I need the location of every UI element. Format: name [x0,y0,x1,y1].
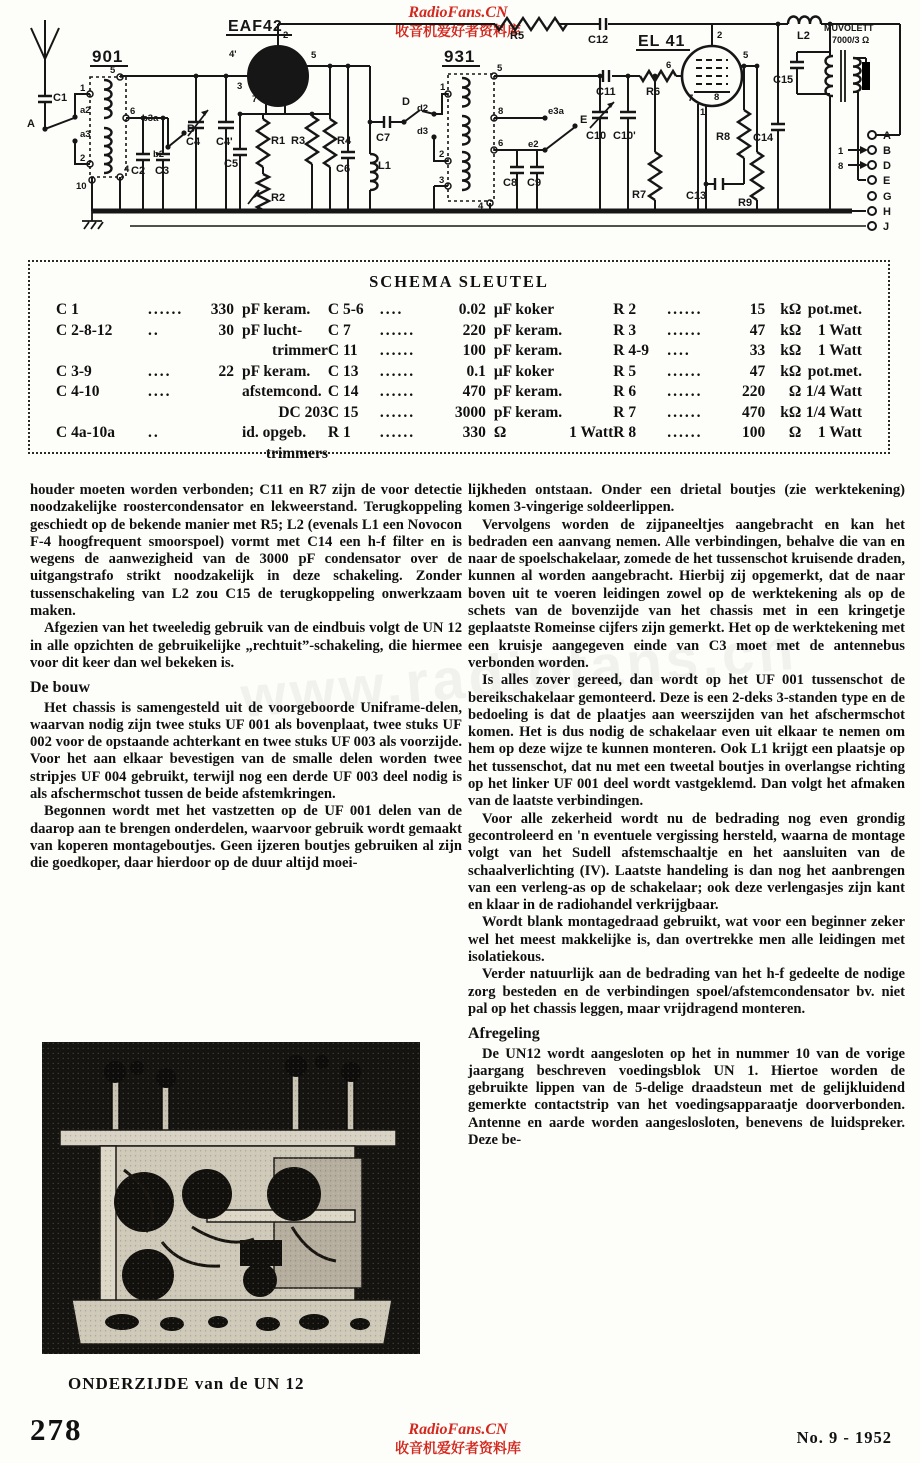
watermark-bottom: RadioFans.CN 收音机爱好者资料库 [378,1421,538,1456]
svg-text:a2: a2 [80,105,91,116]
svg-text:8': 8' [290,90,298,101]
circuit-schematic: 901 EAF42 931 EL 41 MUVOLETT 7000/3 Ω C1… [0,4,920,256]
svg-text:C15: C15 [773,74,793,86]
part-row-continuation: trimmer [56,341,328,362]
svg-text:8: 8 [498,106,503,117]
svg-text:R6: R6 [646,86,660,98]
svg-text:C6: C6 [336,163,350,175]
paragraph: houder moeten worden verbonden; C11 en R… [30,482,462,620]
svg-text:6: 6 [130,106,135,117]
part-row: R 5......47kΩpot.met. [613,362,862,383]
svg-text:6: 6 [498,138,503,149]
paragraph: Afgezien van het tweeledig gebruik van d… [30,620,462,672]
svg-text:D: D [883,160,891,172]
parts-column-3: R 2......15kΩpot.met. R 3......47kΩ1 Wat… [613,300,862,464]
paragraph: De UN12 wordt aangesloten op het in numm… [468,1046,905,1150]
part-row: R 4-9....33kΩ1 Watt [613,341,862,362]
svg-text:R2: R2 [271,192,285,204]
svg-text:3: 3 [237,81,242,92]
svg-text:6: 6 [666,60,671,71]
parts-column-2: C 5-6....0.02μF koker C 7......220pF ker… [328,300,613,464]
part-row: R 2......15kΩpot.met. [613,300,862,321]
svg-text:C10': C10' [613,130,636,142]
part-row: C 4-10....afstemcond. [56,382,328,403]
svg-text:1: 1 [80,83,86,94]
paragraph: Wordt blank montagedraad gebruikt, wat v… [468,914,905,966]
magazine-page: RadioFans.CN 收音机爱好者资料库 [0,0,920,1463]
svg-text:R7: R7 [632,189,646,201]
coilbox-901 [90,77,126,177]
svg-text:B: B [187,123,195,135]
svg-text:1: 1 [838,146,844,157]
label-tube-eaf42: EAF42 [228,18,283,35]
svg-text:H: H [883,206,891,218]
svg-text:R3: R3 [291,135,305,147]
svg-text:2: 2 [717,30,722,41]
photo-caption: ONDERZIJDE van de UN 12 [68,1374,304,1394]
svg-text:1: 1 [440,82,446,93]
svg-text:8: 8 [714,92,719,103]
part-row: C 15......3000pF keram. [328,403,613,424]
svg-text:10: 10 [76,181,87,192]
svg-text:e3a: e3a [548,106,565,117]
coilbox-931 [448,74,494,201]
part-row-continuation: DC 203 [56,403,328,424]
output-terminals [868,131,876,230]
article-right-column: lijkheden ontstaan. Onder een drietal bo… [468,482,905,1149]
speaker-icon [862,46,886,106]
svg-text:5: 5 [311,50,317,61]
watermark-chinese: 收音机爱好者资料库 [378,1441,538,1456]
label-tube-el41: EL 41 [638,33,685,50]
svg-text:2: 2 [283,30,288,41]
section-heading-afregeling: Afregeling [468,1025,905,1042]
part-row: R 1......330Ω1 Watt [328,423,613,444]
svg-text:A: A [27,118,35,130]
svg-text:C10: C10 [586,130,606,142]
part-row: C 5-6....0.02μF koker [328,300,613,321]
svg-text:C5: C5 [224,158,238,170]
svg-text:E: E [883,175,890,187]
svg-text:B: B [883,145,891,157]
label-coilbox-931: 931 [444,47,475,66]
svg-text:J: J [883,221,889,233]
svg-text:E: E [580,114,587,126]
svg-text:C4: C4 [186,136,201,148]
svg-text:C11: C11 [596,86,616,98]
svg-text:4: 4 [478,201,484,212]
paragraph: Voor alle zekerheid wordt nu de bedradin… [468,811,905,915]
part-row: C 11......100pF keram. [328,341,613,362]
svg-text:8: 8 [838,161,843,172]
svg-text:C2: C2 [131,165,145,177]
paragraph: Vervolgens worden de zijpaneeltjes aange… [468,517,905,673]
svg-text:A: A [883,130,891,142]
part-row: C 7......220pF keram. [328,321,613,342]
svg-text:7: 7 [252,94,257,105]
svg-text:b3a: b3a [142,113,159,124]
svg-text:C14: C14 [753,132,774,144]
part-row: C 3-9....22pF keram. [56,362,328,383]
svg-text:d2: d2 [417,103,428,114]
svg-text:7: 7 [688,93,693,104]
parts-column-1: C 1......330pF keram. C 2-8-12..30pF luc… [56,300,328,464]
parts-table-title: SCHEMA SLEUTEL [56,272,862,292]
svg-text:4': 4' [229,49,237,60]
svg-text:3: 3 [439,175,444,186]
part-row: C 13......0.1μF koker [328,362,613,383]
part-row: C 4a-10a..id. opgeb. [56,423,328,444]
component-labels: C1 C2 C3 C4 C4' C5 C6 C7 C8 C9 C10 C10' … [27,30,810,209]
svg-text:C12: C12 [588,34,608,46]
watermark-brand: RadioFans.CN [378,1421,538,1439]
svg-text:D: D [402,96,410,108]
part-row: R 6......220Ω1/4 Watt [613,382,862,403]
paragraph: Verder natuurlijk aan de bedrading van h… [468,966,905,1018]
part-row: R 8......100Ω1 Watt [613,423,862,444]
svg-text:C9: C9 [527,177,541,189]
part-row: C 14......470pF keram. [328,382,613,403]
svg-text:1: 1 [700,107,706,118]
ground-symbol [82,211,103,229]
parts-key-table: SCHEMA SLEUTEL C 1......330pF keram. C 2… [28,260,890,454]
svg-text:4: 4 [124,164,130,175]
paragraph: Begonnen wordt met het vastzetten op de … [30,803,462,872]
svg-text:R1: R1 [271,135,285,147]
svg-text:L1: L1 [378,160,391,172]
terminal-labels: A B D E G H J 1 8 [838,130,892,233]
svg-text:a3: a3 [80,129,91,140]
svg-text:2: 2 [80,153,85,164]
part-row-continuation: trimmers [56,444,328,465]
label-coilbox-901: 901 [92,47,123,66]
svg-text:R4: R4 [337,135,352,147]
svg-text:R5: R5 [510,30,524,42]
part-row: R 3......47kΩ1 Watt [613,321,862,342]
chassis-photo [42,1042,420,1354]
svg-text:C7: C7 [376,132,390,144]
part-row: C 2-8-12..30pF lucht- [56,321,328,342]
label-speaker-spec: 7000/3 Ω [832,35,869,45]
paragraph: Het chassis is samengesteld uit de voorg… [30,700,462,804]
article-left-column: houder moeten worden verbonden; C11 en R… [30,482,462,873]
paragraph: Is alles zover gereed, dan wordt op het … [468,672,905,810]
svg-text:C13: C13 [686,190,706,202]
svg-text:5: 5 [497,63,503,74]
part-row: C 1......330pF keram. [56,300,328,321]
svg-text:L2: L2 [797,30,810,42]
part-row: R 7......470kΩ1/4 Watt [613,403,862,424]
page-number: 278 [30,1412,83,1448]
component-symbols [38,17,886,211]
svg-text:R8: R8 [716,131,730,143]
section-heading-de-bouw: De bouw [30,679,462,696]
label-speaker-brand: MUVOLETT [824,23,874,33]
svg-text:d3: d3 [417,126,428,137]
svg-text:5: 5 [743,50,749,61]
svg-text:C1: C1 [53,92,67,104]
svg-text:G: G [883,191,892,203]
svg-text:5: 5 [110,65,116,76]
issue-number: No. 9 - 1952 [797,1428,892,1448]
paragraph: lijkheden ontstaan. Onder een drietal bo… [468,482,905,517]
svg-text:C4': C4' [216,136,233,148]
svg-text:e2: e2 [528,139,539,150]
svg-text:R9: R9 [738,197,752,209]
pin-labels: 5 1 6 2 4 10 5 1 8 6 2 3 4 2 4' 5 3 7 8'… [76,30,749,212]
svg-text:b2: b2 [153,149,164,160]
svg-text:C8: C8 [503,177,517,189]
svg-text:2: 2 [439,149,444,160]
svg-text:C3: C3 [155,165,169,177]
